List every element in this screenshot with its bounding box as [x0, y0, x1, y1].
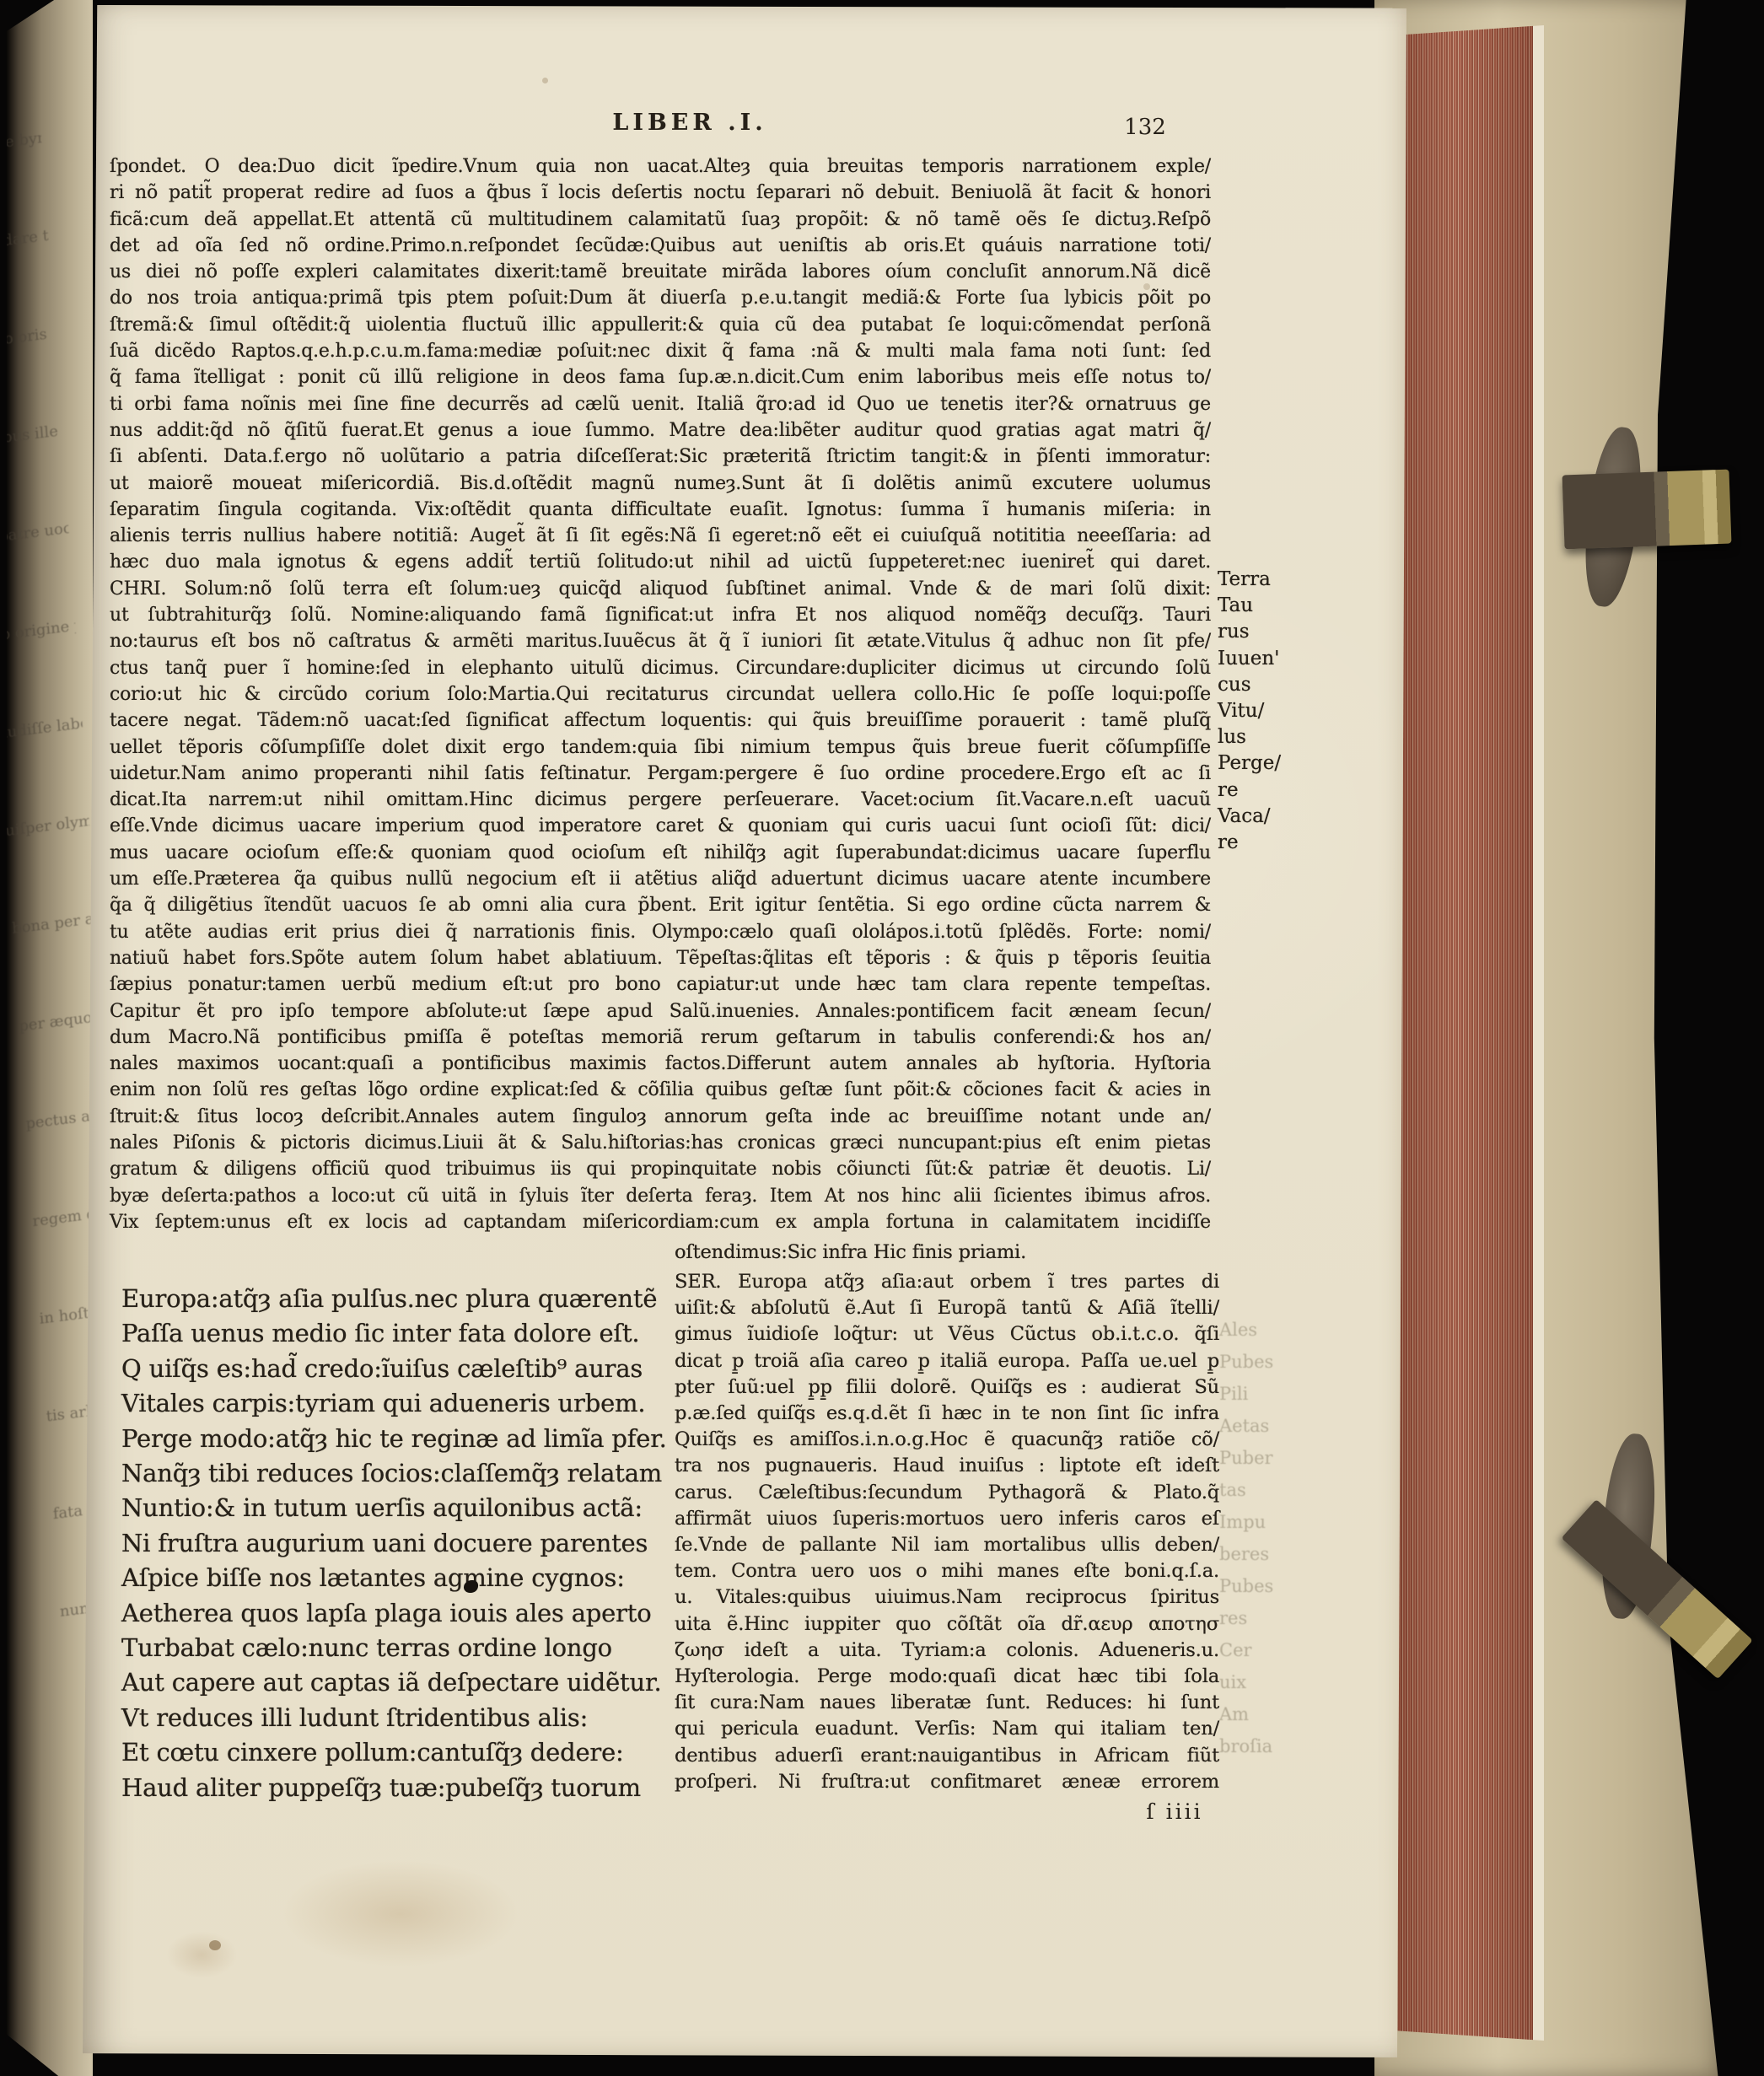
text-line: Vitu/ [1218, 698, 1344, 724]
text-line: ſit cura:Nam naues liberatæ ſunt. Reduce… [675, 1690, 1219, 1716]
quire-signature: ſ iiii [1099, 1799, 1250, 1824]
text-line: Pubes [1219, 1570, 1337, 1602]
text-line: Aetherea quos lapſa plaga iouis ales ape… [121, 1596, 678, 1631]
text-line: affirmãt uiuos ſuperis:mortuos uero infe… [675, 1506, 1219, 1532]
text-line: Capitur ẽt pro ipſo tempore abſolute:ut … [110, 998, 1211, 1025]
text-line: p.æ.ſed quiſq̃s es.q.d.ẽt ſi hæc in te n… [675, 1401, 1219, 1427]
text-line: Impu [1219, 1506, 1337, 1538]
text-line: proſperi. Ni fruſtra:ut confitmaret æneæ… [675, 1769, 1219, 1795]
text-line: Perge modo:atq̃ȝ hic te reginæ ad limĩa … [121, 1422, 678, 1456]
text-line: Cer [1219, 1634, 1337, 1666]
text-line: re [1218, 777, 1344, 804]
text-line: Pili [1219, 1378, 1337, 1410]
text-line: res [1219, 1602, 1337, 1634]
text-line: ut ſubtrahiturq̃ȝ ſolũ. Nomine:aliquando… [110, 602, 1211, 628]
book-page: LIBER .I. 132 ſpondet. O dea:Duo dicit ĩ… [83, 5, 1406, 2057]
text-line: qui pericula euadunt. Verſis: Nam qui it… [675, 1716, 1219, 1742]
text-line: ſtremã:& ſimul oſtẽdit:q̃ uiolentia fluc… [110, 312, 1211, 338]
text-line: Europa:atq̃ȝ aſia pulſus.nec plura quære… [121, 1282, 678, 1316]
text-line: ut maiorẽ moueat miſericordiã. Bis.d.oſt… [110, 471, 1211, 497]
text-line: dicat p̱ troiã aſia careo p̱ italiã euro… [675, 1348, 1219, 1374]
text-line: Turbabat cælo:nunc terras ordine longo [121, 1631, 678, 1665]
text-line: byæ deſerta:pathos a loco:ut cũ uitã in … [110, 1183, 1211, 1209]
text-line: tra nos pugnaueris. Haud inuiſus : lipto… [675, 1453, 1219, 1479]
text-line: nales maximos uocant:quaſi a pontificibu… [110, 1051, 1211, 1077]
text-line: tas [1219, 1474, 1337, 1506]
text-line: enim non ſolũ res geſtas lõgo ordine exp… [110, 1077, 1211, 1103]
text-line: eſſe.Vnde dicimus uacare imperium quod i… [110, 813, 1211, 839]
text-line: Iuuen' [1218, 646, 1344, 672]
text-line: um eſſe.Præterea q̃a quibus nullũ negoci… [110, 866, 1211, 892]
text-line: pter ſuũ:uel p̱p̱ filii dolorẽ. Quiſq̃s … [675, 1374, 1219, 1401]
text-line: hæc duo mala ignotus & egens addit̃ tert… [110, 549, 1211, 575]
text-line: Vix ſeptem:unus eſt ex locis ad captanda… [110, 1209, 1211, 1235]
text-line: dum Macro.Nã pontificibus pmiſſa ẽ poteſ… [110, 1025, 1211, 1051]
margin-lemmata: TerraTaurusIuuen'cusVitu/lusPerge/reVaca… [1218, 567, 1344, 856]
aeneid-verse-column: Europa:atq̃ȝ aſia pulſus.nec plura quære… [121, 1282, 678, 1805]
text-line: us diei nõ poſſe expleri calamitates dix… [110, 259, 1211, 285]
text-line: nus addit:q̃d nõ q̃ſitũ fuerat.Et genus … [110, 417, 1211, 444]
text-line: audiſſe laborum [0, 675, 86, 783]
text-line: ζωησ ideſt a uita. Tyriam:a colonis. Adu… [675, 1638, 1219, 1664]
text-line: ri nõ patit̃ properat redire ad ſuos a q… [110, 180, 1211, 206]
folio-number: 132 [1107, 115, 1183, 140]
text-line: Aſpice biſſe nos lætantes agmine cygnos: [121, 1561, 678, 1595]
text-line: carus. Cæleſtibus:ſecundum Pythagorã & P… [675, 1480, 1219, 1506]
text-line: ſeparatim ſingula cogitanda. Vix:oſtẽdit… [110, 497, 1211, 523]
text-line: ſtruit:& ſitus locoȝ deſcribit.Annales a… [110, 1104, 1211, 1130]
text-line: det ad oĩa ſed nõ ordine.Primo.n.reſpond… [110, 233, 1211, 259]
text-line: Perge/ [1218, 750, 1344, 777]
text-line: Am [1219, 1698, 1337, 1730]
commentary-text-block: ſpondet. O dea:Duo dicit ĩpedire.Vnum qu… [110, 153, 1211, 1235]
text-line: gratum & diligens officiũ quod tribuimus… [110, 1156, 1211, 1182]
text-line: uellet tẽporis cõſumpſiſſe dolet dixit e… [110, 734, 1211, 761]
text-line: tis ab oris [0, 285, 58, 393]
text-line: tu atẽte audias erit prius diei q̃ narra… [110, 919, 1211, 945]
text-line: talibus ille [0, 382, 65, 490]
text-line: ſæpius ponatur:tamen uerbũ medium eſt:ut… [110, 971, 1211, 998]
servius-commentary-column: SER. Europa atq̃ȝ aſia:aut orbem ĩ tres … [675, 1269, 1219, 1795]
foxing-speck [209, 1940, 221, 1950]
text-line: Haud aliter puppeſq̃ȝ tuæ:pubeſq̃ȝ tuoru… [121, 1771, 678, 1805]
text-line: uiſit:& abſolutũ ẽ.Aut ſi Europã tantũ &… [675, 1295, 1219, 1321]
text-line: Aetas [1219, 1410, 1337, 1442]
text-line: Aut capere aut captas iã deſpectare uidẽ… [121, 1665, 678, 1700]
text-line: cus [1218, 672, 1344, 698]
text-line: uix [1219, 1666, 1337, 1698]
text-line: nales Piſonis & pictoris dicimus.Liuii ã… [110, 1130, 1211, 1156]
facing-page-edge: nomine byrſamcircũdare tergtis ab orista… [7, 0, 93, 2076]
text-line: Vitales carpis:tyriam qui adueneris urbe… [121, 1386, 678, 1421]
text-line: tacere negat. Tãdem:nõ uacat:ſed ſignifi… [110, 707, 1211, 734]
text-line: ſe.Vnde de pallante Nil iam mortalibus u… [675, 1532, 1219, 1558]
text-line: uidetur.Nam animo properanti nihil ſatis… [110, 761, 1211, 787]
text-line: ſpondet. O dea:Duo dicit ĩpedire.Vnum qu… [110, 153, 1211, 180]
text-line: broſia [1219, 1730, 1337, 1762]
text-line: q̃a q̃ diligẽtius ĩtendũt uacuos ſe ab o… [110, 892, 1211, 918]
text-line: ab origine pergam [0, 578, 79, 686]
text-line: Quiſq̃s es amiſſos.i.n.o.g.Hoc ẽ quacunq… [675, 1427, 1219, 1453]
clasp-strap-upper [1562, 470, 1732, 550]
text-line: Q uiſq̃s es:had̃ credo:ĩuiſus cæleſtib⁹ … [121, 1352, 678, 1386]
text-line: ti orbi fama noĩnis mei ſine fine decurr… [110, 391, 1211, 417]
text-line: uiſper olympo [2, 772, 92, 880]
text-line: Vt reduces illi ludunt ſtridentibus alis… [121, 1701, 678, 1735]
text-line: Hyſterologia. Perge modo:quaſi dicat hæc… [675, 1664, 1219, 1690]
text-line: mus uacare ocioſum eſſe:& quoniam quod o… [110, 840, 1211, 866]
book-photograph: nomine byrſamcircũdare tergtis ab orista… [0, 0, 1764, 2076]
text-line: u. Vitales:quibus uiuimus.Nam reciprocus… [675, 1584, 1219, 1611]
text-line: ficã:cum deã appellat.Et attentã cũ mult… [110, 207, 1211, 233]
red-sprinkled-fore-edge [1393, 25, 1544, 2041]
text-line: q̃ fama ĩtelligat : ponit cũ illũ religi… [110, 364, 1211, 390]
text-line: circũdare terg [0, 187, 51, 295]
text-line: no:taurus eſt bos nõ caſtratus & armẽti … [110, 628, 1211, 654]
text-line: Nuntio:& in tutum uerſis aquilonibus act… [121, 1491, 678, 1525]
text-line: Ni fruſtra augurium uani docuere parente… [121, 1526, 678, 1561]
text-line: gimus ĩuidioſe loq̃tur: ut Vẽus Cũctus o… [675, 1321, 1219, 1347]
text-line: do nos troia antiqua:primã tpis ptem poſ… [110, 285, 1211, 311]
text-line: ctus tanq̃ puer ĩ homine:ſed in elephant… [110, 655, 1211, 681]
text-line: lus [1218, 724, 1344, 750]
paragraph-end-line: oſtendimus:Sic infra Hic finis priami. [675, 1241, 1219, 1263]
text-line: nomine byrſam [0, 89, 45, 197]
foxing-speck [542, 78, 548, 83]
text-line: Nanq̃ȝ tibi reduces ſocios:claſſemq̃ȝ re… [121, 1456, 678, 1491]
text-line: bona per aues [8, 870, 99, 978]
text-line: dentibus aduerſi erant:nauigantibus in A… [675, 1743, 1219, 1769]
text-line: ſi abſenti. Data.f.ergo nõ uolũtario a p… [110, 444, 1211, 470]
text-line: Pubes [1219, 1346, 1337, 1378]
showthrough-ghost-text: AlesPubesPiliAetasPubertasImpuberesPubes… [1219, 1314, 1337, 1762]
text-line: beres [1219, 1538, 1337, 1570]
text-line: Puber [1219, 1442, 1337, 1474]
text-line: Et cœtu cinxere pollum:cantuſq̃ȝ dedere: [121, 1735, 678, 1770]
text-line: natiuũ habet fors.Spõte autem ſolum habe… [110, 945, 1211, 971]
text-line: dicat.Ita narrem:ut nihil omittam.Hinc d… [110, 787, 1211, 813]
text-line: Tau [1218, 593, 1344, 619]
text-line: ſuã dicẽdo Raptos.q.e.h.p.c.u.m.fama:med… [110, 338, 1211, 364]
text-line: Terra [1218, 567, 1344, 593]
running-title: LIBER .I. [555, 110, 825, 136]
text-line: re [1218, 830, 1344, 856]
text-line: rus [1218, 619, 1344, 645]
text-line: uita ẽ.Hinc iuppiter quo cõſtãt oĩa dr̃.… [675, 1611, 1219, 1638]
text-line: a patre uocem [0, 480, 72, 588]
text-line: corio:ut hic & circũdo corium ſolo:Marti… [110, 681, 1211, 707]
text-line: alienis terris nullius habere notitiã: A… [110, 523, 1211, 549]
text-line: CHRI. Solum:nõ ſolũ terra eſt ſolum:ueȝ … [110, 576, 1211, 602]
foxing-speck [1143, 283, 1150, 290]
text-line: SER. Europa atq̃ȝ aſia:aut orbem ĩ tres … [675, 1269, 1219, 1295]
text-line: tem. Contra uero uos o mihi manes eſte b… [675, 1558, 1219, 1584]
text-line: Vaca/ [1218, 804, 1344, 830]
text-line: Ales [1219, 1314, 1337, 1346]
text-line: Paſſa uenus medio ſic inter fata dolore … [121, 1316, 678, 1351]
